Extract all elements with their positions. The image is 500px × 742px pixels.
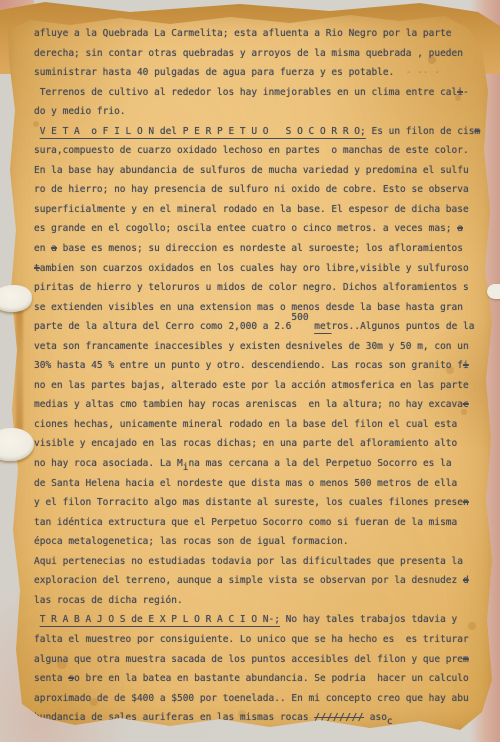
text-line: tambien son cuarzos oxidados en los cual…	[34, 259, 480, 279]
text-line: En la base hay abundancia de sulfuros de…	[34, 161, 480, 181]
text-line: 30% hasta 45 % entre un punto y otro. de…	[34, 356, 480, 376]
text-line: aproximado de de $400 a $500 por toenela…	[34, 689, 480, 709]
text-line: bundancia de sales auriferas en las mism…	[34, 708, 480, 728]
text-line: senta so bre en la batea en bastante abu…	[34, 669, 480, 689]
text-line: parte de la altura del Cerro como 2,000 …	[34, 317, 480, 337]
text-line: alguna que otra muestra sacada de los pu…	[34, 650, 480, 670]
text-line: derecha; sin contar otras quebradas y ar…	[34, 44, 480, 64]
text-line: sura,compuesto de cuarzo oxidado lechoso…	[34, 141, 480, 161]
text-line: medias y altas cmo tambien hay rocas are…	[34, 395, 480, 415]
text-line: T R A B A J O S de E X P L O R A C I O N…	[34, 610, 480, 630]
paper-sheet: afluye a la Quebrada La Carmelita; esta …	[0, 0, 500, 742]
text-line: en a base es menos; su direccion es nord…	[34, 239, 480, 259]
text-line: V E T A o F I L O N del P E R P E T U O …	[34, 122, 480, 142]
text-line: Terrenos de cultivo al rededor los hay i…	[34, 83, 480, 103]
text-line: afluye a la Quebrada La Carmelita; esta …	[34, 24, 480, 44]
text-line: es grande en el cogollo; oscila entee cu…	[34, 219, 480, 239]
text-line: Aqui pertenecias no estudiadas todavia p…	[34, 552, 480, 572]
text-line: ro de hierro; no hay presencia de sulfur…	[34, 180, 480, 200]
text-line: visible y encajado en las rocas dichas; …	[34, 434, 480, 454]
text-line: se extienden visibles en una extension m…	[34, 298, 480, 318]
text-line: suministrar hasta 40 pulgadas de agua pa…	[34, 63, 480, 83]
text-line: no en las partes bajas, alterado este po…	[34, 376, 480, 396]
text-line: do y medio frio.	[34, 102, 480, 122]
text-line: las rocas de dicha región.	[34, 591, 480, 611]
text-line: exploracion del terreno, aunque a simple…	[34, 571, 480, 591]
typewritten-text: afluye a la Quebrada La Carmelita; esta …	[34, 24, 480, 742]
text-line: piritas de hierro y teloruros u midos de…	[34, 278, 480, 298]
text-line: ciones hechas, unicamente mineral rodado…	[34, 415, 480, 435]
text-line: superficialmente y en el mineral rodado …	[34, 200, 480, 220]
text-line: iadas	[34, 728, 480, 742]
scanned-page: afluye a la Quebrada La Carmelita; esta …	[0, 0, 500, 742]
torn-edge-notch	[487, 284, 500, 299]
text-line: falta el muestreo por consiguiente. Lo u…	[34, 630, 480, 650]
text-line: veta son francamente inaccesibles y exis…	[34, 337, 480, 357]
text-line: época metalogenetica; las rocas son de i…	[34, 532, 480, 552]
text-line: de Santa Helena hacia el nordeste que di…	[34, 474, 480, 494]
text-line: tan idéntica extructura que el Perpetuo …	[34, 513, 480, 533]
text-line: no hay roca asociada. La Mina mas cercan…	[34, 454, 480, 474]
text-line: y el filon Torracito algo mas distante a…	[34, 493, 480, 513]
